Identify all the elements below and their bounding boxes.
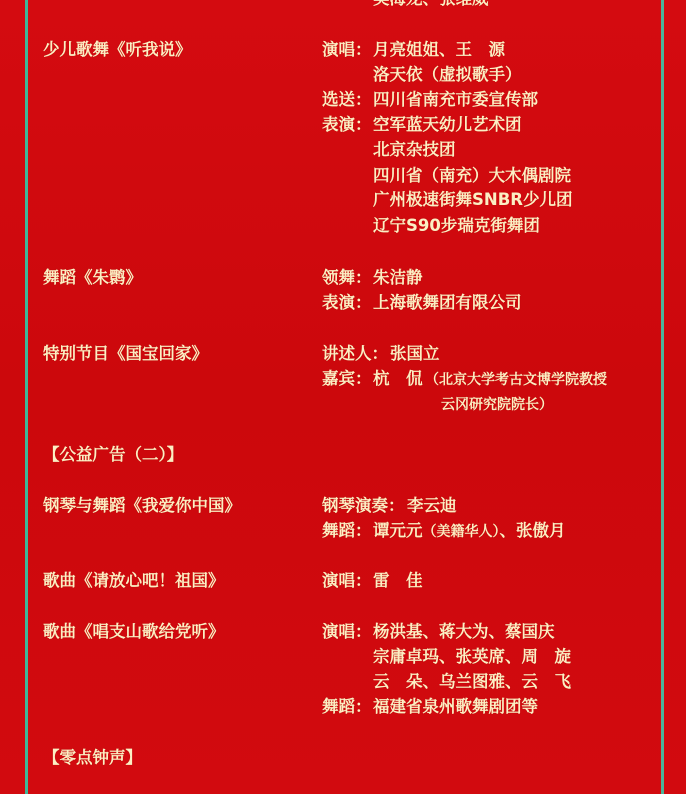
credit-value: 空军蓝天幼儿艺术团 [373, 114, 522, 136]
credit-note: （美籍华人） [423, 524, 500, 540]
credit-value: 月亮姐姐、王 源 [373, 39, 505, 61]
program-title: 少儿歌舞《听我说》 [43, 39, 192, 61]
credit-value: 四川省（南充）大木偶剧院 [373, 165, 571, 187]
credit-value: 张国立 [390, 343, 440, 365]
credit-label: 表演： [322, 114, 372, 136]
credit-label: 舞蹈： [322, 520, 372, 542]
credit-name: 洛天依（虚拟歌手） [373, 65, 522, 84]
credit-value: 洛天依（虚拟歌手） [373, 64, 522, 86]
left-border-line [25, 0, 28, 794]
program-title: 歌曲《唱支山歌给党听》 [43, 621, 225, 643]
credit-value: 雷 佳 [373, 570, 423, 592]
credit-value: 杭 侃 [373, 368, 423, 390]
credit-value: 李云迪 [407, 495, 457, 517]
credit-value: 朱洁静 [373, 267, 423, 289]
program-title: 钢琴与舞蹈《我爱你中国》 [43, 495, 241, 517]
credit-value: 谭元元（美籍华人）、张傲月 [373, 520, 566, 543]
section-header: 【公益广告（二）】 [43, 444, 183, 466]
credit-label: 表演： [322, 292, 372, 314]
credit-value: 上海歌舞团有限公司 [373, 292, 522, 314]
credit-value: 杨洪基、蒋大为、蔡国庆 [373, 621, 555, 643]
credit-value: 宗庸卓玛、张英席、周 旋 [373, 646, 571, 668]
credit-label: 演唱： [322, 621, 372, 643]
credit-value: 广州极速街舞SNBR少儿团 [373, 189, 572, 211]
credit-value: 吴海龙、张维威 [373, 0, 489, 10]
credit-name: 、张傲月 [500, 521, 566, 540]
credit-value: 云 朵、乌兰图雅、云 飞 [373, 671, 571, 693]
credit-label: 钢琴演奏： [322, 495, 405, 517]
program-title: 舞蹈《朱鹮》 [43, 267, 142, 289]
right-border-line [661, 0, 664, 794]
program-title: 特别节目《国宝回家》 [43, 343, 208, 365]
credit-label: 演唱： [322, 570, 372, 592]
credit-value: 辽宁S90步瑞克街舞团 [373, 215, 540, 237]
credit-note: （北京大学考古文博学院教授 [425, 369, 607, 391]
credit-label: 演唱： [322, 39, 372, 61]
credit-label: 讲述人： [322, 343, 388, 365]
credit-label: 舞蹈： [322, 696, 372, 718]
credit-label: 选送： [322, 89, 372, 111]
credit-value: 四川省南充市委宣传部 [373, 89, 538, 111]
program-title: 歌曲《请放心吧！祖国》 [43, 570, 225, 592]
credit-value: 北京杂技团 [373, 139, 456, 161]
credit-label: 嘉宾： [322, 368, 372, 390]
credit-label: 领舞： [322, 267, 372, 289]
credit-name: 谭元元 [373, 521, 423, 540]
credit-note: 云冈研究院院长） [441, 394, 553, 416]
section-header: 【零点钟声】 [43, 747, 142, 769]
credit-value: 福建省泉州歌舞剧团等 [373, 696, 538, 718]
